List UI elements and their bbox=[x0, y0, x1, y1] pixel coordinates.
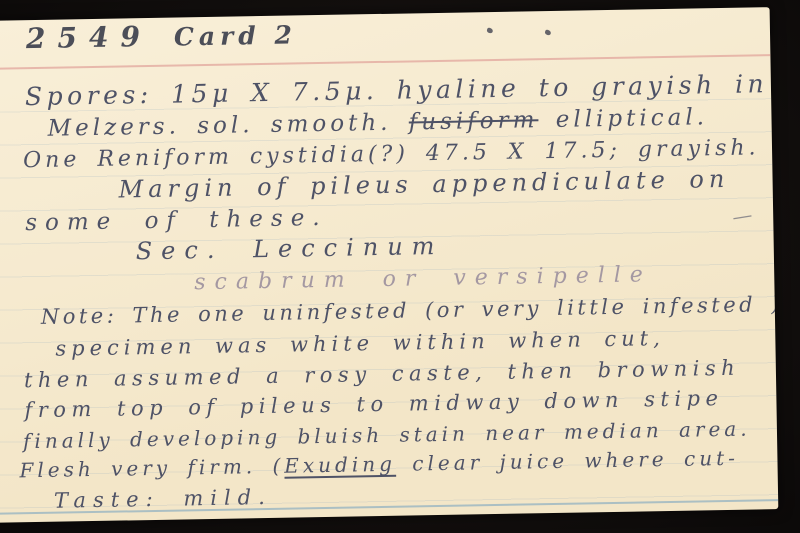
handwritten-line: Sec. Leccinum bbox=[135, 232, 443, 265]
handwritten-text: clear juice where cut- bbox=[396, 446, 739, 476]
handwritten-text: specimen was white within when cut, bbox=[55, 326, 665, 361]
handwritten-text: fusiform bbox=[409, 107, 539, 135]
handwritten-line: specimen was white within when cut, bbox=[55, 326, 665, 361]
handwritten-text: from top of pileus to midway down stipe bbox=[24, 386, 723, 422]
handwritten-text: Taste: mild. bbox=[54, 485, 272, 513]
dash-mark: — bbox=[730, 202, 754, 229]
handwritten-line: Note: The one uninfested (or very little… bbox=[41, 292, 779, 329]
handwritten-text: scabrum or versipelle bbox=[194, 262, 652, 295]
handwriting-layer: Spores: 15μ X 7.5μ. hyaline to grayish i… bbox=[0, 7, 778, 523]
handwritten-text: elliptical. bbox=[538, 104, 708, 133]
photo-background: 2549 Card 2 Spores: 15μ X 7.5μ. hyaline … bbox=[0, 0, 800, 533]
handwritten-line: Taste: mild. bbox=[54, 485, 272, 513]
handwritten-line: Margin of pileus appendiculate on bbox=[118, 165, 729, 204]
handwritten-line: from top of pileus to midway down stipe bbox=[24, 386, 723, 422]
handwritten-line: Melzers. sol. smooth. fusiform elliptica… bbox=[47, 104, 708, 142]
handwritten-text: Note: The one uninfested (or very little… bbox=[41, 292, 779, 329]
index-card: 2549 Card 2 Spores: 15μ X 7.5μ. hyaline … bbox=[0, 7, 778, 523]
handwritten-text: Margin of pileus appendiculate on bbox=[118, 165, 729, 204]
handwritten-line: some of these. bbox=[25, 205, 328, 236]
handwritten-text: Exuding bbox=[284, 452, 396, 478]
handwritten-text: Sec. Leccinum bbox=[135, 232, 443, 265]
handwritten-line: scabrum or versipelle bbox=[194, 262, 652, 295]
handwritten-text: Flesh very firm. ( bbox=[19, 454, 284, 483]
handwritten-text: Melzers. sol. smooth. bbox=[47, 109, 409, 141]
handwritten-text: some of these. bbox=[25, 205, 328, 236]
